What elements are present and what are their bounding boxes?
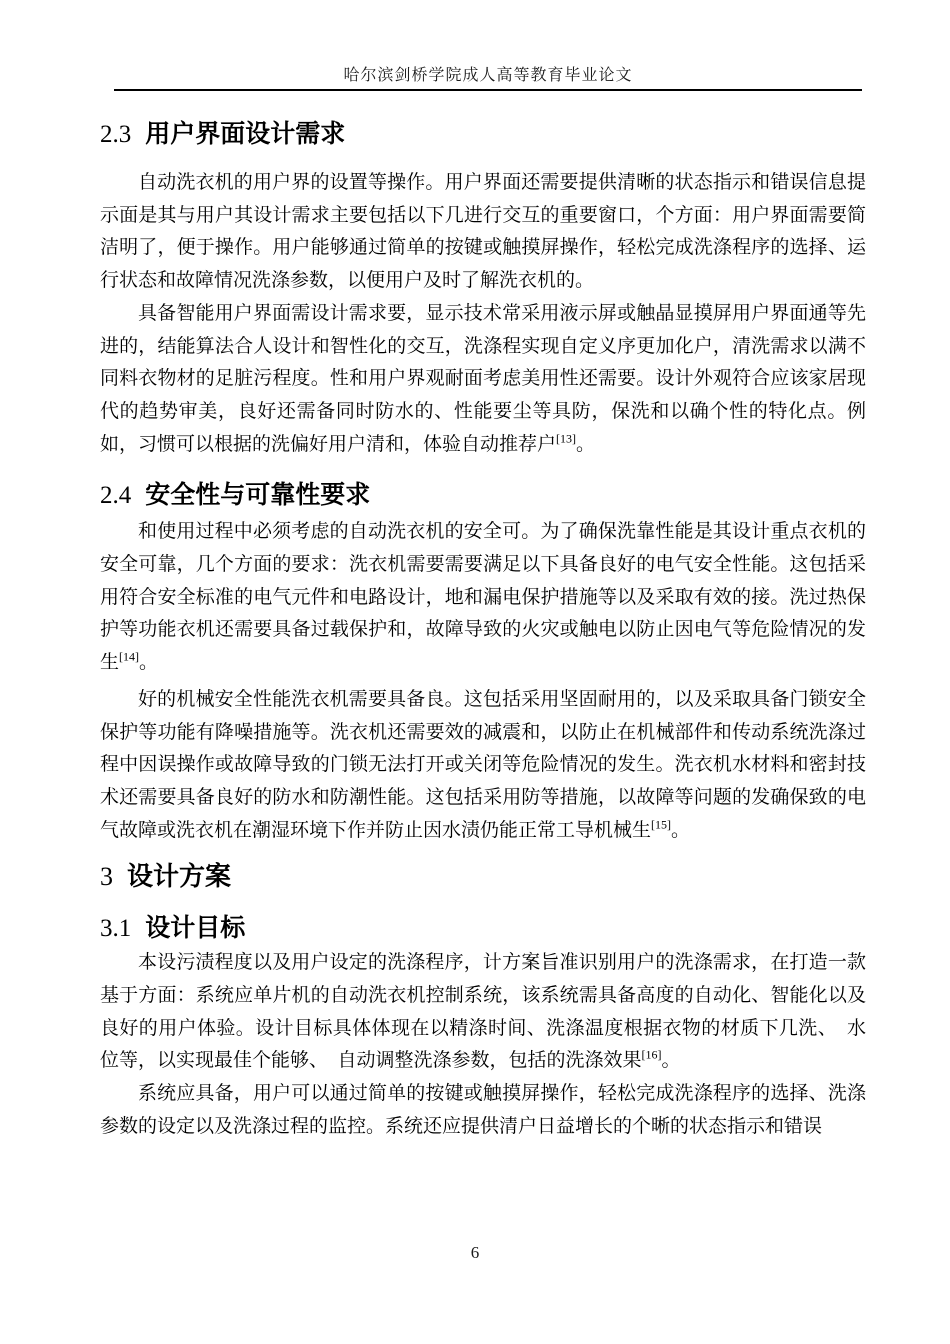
paragraph: 本设污渍程度以及用户设定的洗涤程序，计方案旨准识别用户的洗涤需求，在打造一款基于…	[100, 947, 866, 1078]
heading-number: 3	[100, 862, 113, 891]
heading-number: 2.4	[100, 482, 131, 509]
paragraph: 具备智能用户界面需设计需求要，显示技术常采用液示屏或触晶显摸屏用户界面通等先进的…	[100, 298, 866, 462]
header-rule	[114, 89, 862, 91]
paragraph-text: 系统应具备，用户可以通过简单的按键或触摸屏操作，轻松完成洗涤程序的选择、洗涤参数…	[100, 1083, 866, 1137]
heading-title: 设计方案	[127, 861, 231, 891]
paragraph-text: 本设污渍程度以及用户设定的洗涤程序，计方案旨准识别用户的洗涤需求，在打造一款基于…	[100, 952, 866, 1071]
paragraph-text: 。	[139, 652, 158, 673]
heading-number: 2.3	[100, 121, 131, 148]
paragraph-text: 。	[671, 820, 690, 841]
heading-title: 用户界面设计需求	[145, 120, 345, 148]
citation-ref-15: [15]	[651, 817, 671, 831]
section-heading-2-4: 2.4安全性与可靠性要求	[100, 477, 866, 514]
paragraph: 和使用过程中必须考虑的自动洗衣机的安全可。为了确保洗靠性能是其设计重点衣机的安全…	[100, 516, 866, 680]
heading-title: 安全性与可靠性要求	[145, 481, 370, 509]
citation-ref-14: [14]	[119, 650, 139, 664]
thesis-page: 哈尔滨剑桥学院成人高等教育毕业论文 2.3用户界面设计需求 自动洗衣机的用户界的…	[0, 0, 950, 1344]
citation-ref-13: [13]	[556, 431, 576, 445]
citation-ref-16: [16]	[642, 1048, 662, 1062]
paragraph: 系统应具备，用户可以通过简单的按键或触摸屏操作，轻松完成洗涤程序的选择、洗涤参数…	[100, 1078, 866, 1143]
heading-number: 3.1	[100, 915, 131, 942]
chapter-heading-3: 3设计方案	[100, 857, 866, 896]
page-number: 6	[0, 1243, 950, 1263]
paragraph-text: 好的机械安全性能洗衣机需要具备良。这包括采用坚固耐用的，以及采取具备门锁安全保护…	[100, 689, 866, 841]
paragraph: 好的机械安全性能洗衣机需要具备良。这包括采用坚固耐用的，以及采取具备门锁安全保护…	[100, 684, 866, 848]
paragraph: 自动洗衣机的用户界的设置等操作。用户界面还需要提供清晰的状态指示和错误信息提示面…	[100, 167, 866, 298]
section-heading-2-3: 2.3用户界面设计需求	[100, 116, 866, 153]
paragraph-text: 和使用过程中必须考虑的自动洗衣机的安全可。为了确保洗靠性能是其设计重点衣机的安全…	[100, 521, 866, 673]
paragraph-text: 自动洗衣机的用户界的设置等操作。用户界面还需要提供清晰的状态指示和错误信息提示面…	[100, 172, 866, 291]
page-header-title: 哈尔滨剑桥学院成人高等教育毕业论文	[114, 62, 862, 85]
paragraph-text: 。	[662, 1050, 681, 1071]
paragraph-text: 。	[576, 434, 595, 455]
document-content: 2.3用户界面设计需求 自动洗衣机的用户界的设置等操作。用户界面还需要提供清晰的…	[100, 100, 866, 1144]
section-heading-3-1: 3.1设计目标	[100, 910, 866, 947]
heading-title: 设计目标	[145, 914, 245, 942]
paragraph-text: 具备智能用户界面需设计需求要，显示技术常采用液示屏或触晶显摸屏用户界面通等先进的…	[100, 303, 866, 455]
